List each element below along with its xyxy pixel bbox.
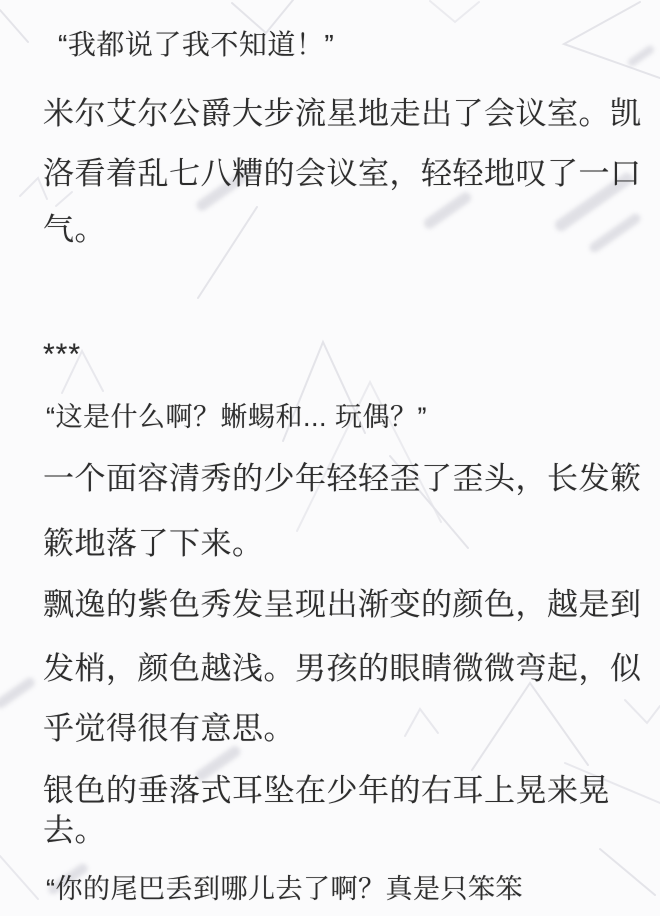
watermark-smudge bbox=[588, 212, 643, 255]
watermark-stroke bbox=[564, 2, 660, 78]
narration-line: 银色的垂落式耳坠在少年的右耳上晃来晃 bbox=[43, 773, 610, 809]
watermark-smudge bbox=[422, 190, 473, 231]
watermark-stroke bbox=[0, 856, 38, 899]
watermark-stroke bbox=[625, 700, 660, 723]
watermark-smudge bbox=[626, 44, 655, 68]
dialogue-line: “这是什么啊？蜥蜴和... 玩偶？” bbox=[46, 402, 427, 433]
watermark-stroke bbox=[430, 1, 479, 22]
narration-line: 米尔艾尔公爵大步流星地走出了会议室。凯 bbox=[43, 96, 642, 132]
watermark-stroke bbox=[0, 10, 28, 42]
narration-line: 一个面容清秀的少年轻轻歪了歪头，长发簌 bbox=[43, 461, 642, 497]
scene-divider: *** bbox=[43, 338, 81, 373]
dialogue-line: “我都说了我不知道！” bbox=[58, 29, 334, 61]
novel-text-page: “我都说了我不知道！” 米尔艾尔公爵大步流星地走出了会议室。凯 洛看着乱七八糟的… bbox=[0, 0, 660, 916]
narration-line: 簌地落了下来。 bbox=[43, 526, 264, 562]
watermark-stroke bbox=[56, 192, 72, 206]
narration-line: 洛看着乱七八糟的会议室，轻轻地叹了一口 bbox=[43, 156, 642, 192]
watermark-stroke bbox=[198, 207, 257, 298]
watermark-stroke bbox=[405, 709, 438, 736]
narration-line: 气。 bbox=[43, 212, 106, 248]
narration-line: 去。 bbox=[43, 813, 106, 849]
watermark-smudge bbox=[0, 676, 37, 711]
watermark-stroke bbox=[472, 683, 588, 770]
watermark-stroke bbox=[600, 849, 655, 895]
narration-line: 乎觉得很有意思。 bbox=[43, 711, 295, 747]
dialogue-line: “你的尾巴丢到哪儿去了啊？真是只笨笨 bbox=[46, 874, 523, 905]
narration-line: 飘逸的紫色秀发呈现出渐变的颜色，越是到 bbox=[43, 587, 642, 623]
narration-line: 发梢，颜色越浅。男孩的眼睛微微弯起，似 bbox=[43, 651, 642, 687]
